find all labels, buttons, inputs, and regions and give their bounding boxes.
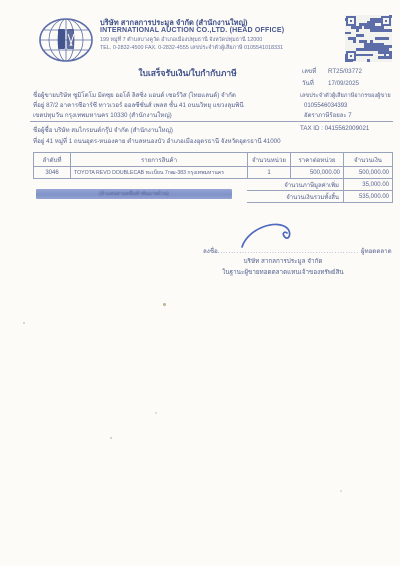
amount-in-words-highlight: (ห้าแสนสามหมื่นห้าพันบาทถ้วน) bbox=[36, 189, 232, 199]
document-meta: เลขที่RT25/03772 วันที่17/09/2025 bbox=[302, 66, 362, 90]
paper-speck bbox=[155, 412, 157, 414]
company-address: 199 หมู่ที่ 7 ตำบลบางคูวัด อำเภอเมืองปทุ… bbox=[100, 37, 335, 44]
paper-speck bbox=[163, 303, 166, 306]
item-index: 3046 bbox=[33, 166, 70, 179]
company-name-th: บริษัท สากลการประมูล จำกัด (สำนักงานใหญ่… bbox=[100, 18, 335, 27]
doc-number-value: RT25/03772 bbox=[328, 68, 362, 75]
item-unit-price: 500,000.00 bbox=[290, 166, 343, 179]
doc-date-label: วันที่ bbox=[302, 78, 328, 90]
doc-date-line: วันที่17/09/2025 bbox=[302, 78, 362, 90]
seller-taxid-value: 0105546034393 bbox=[300, 101, 395, 111]
auction-company-note: ในฐานะผู้ขายทอดตลาดแทนเจ้าของทรัพย์สิน bbox=[200, 267, 366, 278]
buyer-address: ที่อยู่ 41 หมู่ที่ 1 ถนนอุดร-หนองคาย ตำบ… bbox=[33, 136, 393, 147]
signature-company-block: บริษัท สากลการประมูล จำกัด ในฐานะผู้ขายท… bbox=[200, 256, 366, 278]
paper-speck bbox=[23, 322, 25, 324]
paper-speck bbox=[110, 437, 112, 439]
receipt-document: บริษัท สากลการประมูล จำกัด (สำนักงานใหญ่… bbox=[0, 0, 400, 566]
signature-dotted-line: ........................................… bbox=[218, 248, 359, 255]
total-amount: 535,000.00 bbox=[343, 191, 393, 203]
col-header-amount: จำนวนเงิน bbox=[343, 152, 393, 166]
seller-address-2: เขตปทุมวัน กรุงเทพมหานคร 10330 (สำนักงาน… bbox=[33, 111, 301, 121]
item-qty: 1 bbox=[247, 166, 290, 179]
doc-number-label: เลขที่ bbox=[302, 66, 328, 78]
item-amount: 500,000.00 bbox=[343, 166, 393, 179]
globe-auction-logo-icon bbox=[38, 16, 94, 64]
paper-speck bbox=[340, 490, 342, 492]
col-header-description: รายการสินค้า bbox=[70, 152, 247, 166]
company-tel-tax: TEL. 0-2832-4500 FAX. 0-2832-4555 เลขประ… bbox=[100, 45, 335, 52]
signature-line: ลงชื่อ..................................… bbox=[203, 246, 392, 256]
table-header-row: ลำดับที่ รายการสินค้า จำนวนหน่วย ราคาต่อ… bbox=[33, 152, 393, 166]
company-header-block: บริษัท สากลการประมูล จำกัด (สำนักงานใหญ่… bbox=[100, 18, 335, 52]
company-name-en: INTERNATIONAL AUCTION CO.,LTD. (HEAD OFF… bbox=[100, 27, 335, 36]
seller-taxid-label: เลขประจำตัวผู้เสียภาษีอากรของผู้ขาย bbox=[300, 91, 395, 101]
vat-amount: 35,000.00 bbox=[343, 179, 393, 191]
item-description: TOYOTA REVO DOUBLECAB ทะเบียน 7กฒ-383 กร… bbox=[70, 166, 247, 179]
auctioneer-role: ผู้ทอดตลาด bbox=[361, 248, 392, 255]
doc-date-value: 17/09/2025 bbox=[328, 80, 359, 87]
qr-code-icon bbox=[345, 15, 392, 62]
table-row: 3046 TOYOTA REVO DOUBLECAB ทะเบียน 7กฒ-3… bbox=[33, 166, 393, 179]
section-divider bbox=[30, 121, 393, 122]
col-header-index: ลำดับที่ bbox=[33, 152, 70, 166]
document-title: ใบเสร็จรับเงิน/ใบกำกับภาษี bbox=[95, 66, 280, 80]
seller-tax-block: เลขประจำตัวผู้เสียภาษีอากรของผู้ขาย 0105… bbox=[300, 91, 395, 121]
auction-company-name: บริษัท สากลการประมูล จำกัด bbox=[200, 256, 366, 267]
total-label: จำนวนเงินรวมทั้งสิ้น bbox=[247, 191, 343, 203]
seller-block: ชื่อผู้ขายบริษัท ซูมิโตโม มิตซุย ออโต้ ล… bbox=[33, 91, 301, 121]
seller-name: ชื่อผู้ขายบริษัท ซูมิโตโม มิตซุย ออโต้ ล… bbox=[33, 91, 301, 101]
doc-number-line: เลขที่RT25/03772 bbox=[302, 66, 362, 78]
col-header-qty: จำนวนหน่วย bbox=[247, 152, 290, 166]
vat-label: จำนวนภาษีมูลค่าเพิ่ม bbox=[247, 179, 343, 191]
seller-address-1: ที่อยู่ 87/2 อาคารซีอาร์ซี ทาวเวอร์ ออลซ… bbox=[33, 101, 301, 111]
sign-label: ลงชื่อ bbox=[203, 248, 218, 255]
col-header-unit-price: ราคาต่อหน่วย bbox=[290, 152, 343, 166]
amount-in-words: (ห้าแสนสามหมื่นห้าพันบาทถ้วน) bbox=[99, 190, 169, 198]
buyer-taxid: TAX ID : 0415562009021 bbox=[300, 125, 369, 132]
seller-vat-rate: อัตราภาษีร้อยละ 7 bbox=[300, 111, 395, 121]
